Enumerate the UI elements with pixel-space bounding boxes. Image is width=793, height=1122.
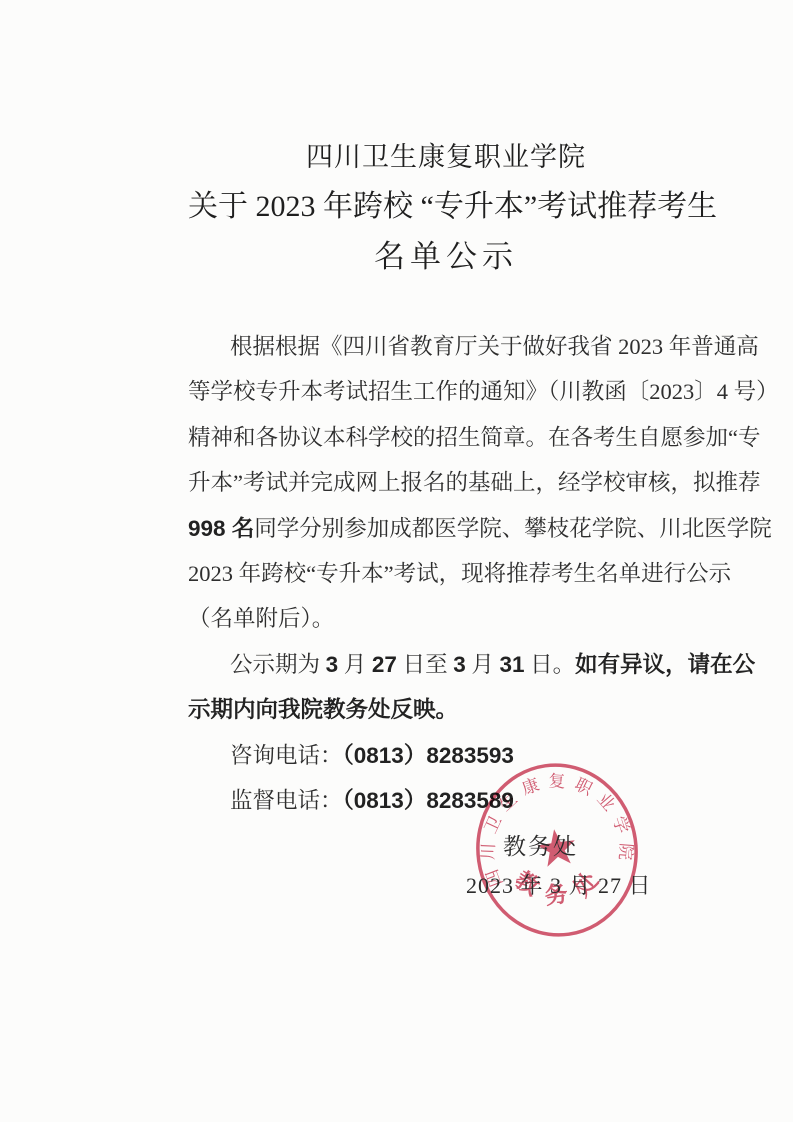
body-line: 精神和各协议本科学校的招生简章。在各考生自愿参加“专 [188, 415, 704, 460]
title-line-notice-type: 名单公示 [188, 232, 704, 282]
body-line: 2023 年跨校“专升本”考试，现将推荐考生名单进行公示 [188, 551, 704, 596]
text-run: 精神和各协议本科学校的招生简章。在各考生自愿参加“专 [188, 425, 761, 450]
text-run: 等学校专升本考试招生工作的通知》（川教函〔2023〕4 号） [188, 379, 779, 404]
text-run: 咨询电话： [230, 743, 343, 768]
text-run: 如有异议，请在公 [575, 652, 755, 677]
text-run: 公示期为 [230, 652, 326, 677]
signature-date: 2023 年 3 月 27 日 [466, 869, 652, 900]
text-run: （名单附后）。 [188, 606, 334, 631]
text-run: 示期内向我院教务处反映。 [188, 697, 458, 722]
text-run: 月 [466, 652, 500, 677]
text-run: 3 [326, 652, 339, 677]
body-line: 公示期为 3 月 27 日至 3 月 31 日。如有异议，请在公 [188, 642, 704, 687]
text-run: 监督电话： [230, 788, 343, 813]
text-run: 同学分别参加成都医学院、攀枝花学院、川北医学院 [254, 516, 772, 541]
text-run: 月 [338, 652, 372, 677]
text-run: 根据根据《四川省教育厅关于做好我省 2023 年普通高 [230, 334, 759, 359]
text-run: 31 [500, 652, 525, 677]
document-title: 四川卫生康复职业学院 关于 2023 年跨校 “专升本”考试推荐考生 名单公示 [188, 132, 704, 282]
text-run: 升本”考试并完成网上报名的基础上，经学校审核，拟推荐 [188, 470, 761, 495]
body-line: 示期内向我院教务处反映。 [188, 687, 704, 732]
text-run: 3 [453, 652, 466, 677]
body-line: 998 名同学分别参加成都医学院、攀枝花学院、川北医学院 [188, 506, 704, 551]
title-line-subject: 关于 2023 年跨校 “专升本”考试推荐考生 [188, 182, 704, 232]
title-line-school-name: 四川卫生康复职业学院 [188, 132, 704, 182]
body-line: （名单附后）。 [188, 596, 704, 641]
text-run: 998 名 [188, 516, 254, 541]
text-run: 日。 [525, 652, 576, 677]
text-run: 2023 年跨校“专升本”考试，现将推荐考生名单进行公示 [188, 561, 731, 586]
body-line: 根据根据《四川省教育厅关于做好我省 2023 年普通高 [188, 324, 704, 369]
body-line: 等学校专升本考试招生工作的通知》（川教函〔2023〕4 号） [188, 369, 704, 414]
document-page: 四川卫生康复职业学院 关于 2023 年跨校 “专升本”考试推荐考生 名单公示 … [0, 0, 793, 1122]
body-line: 升本”考试并完成网上报名的基础上，经学校审核，拟推荐 [188, 460, 704, 505]
signature-department: 教务处 [503, 828, 578, 861]
text-run: 日至 [397, 652, 453, 677]
text-run: 27 [372, 652, 397, 677]
